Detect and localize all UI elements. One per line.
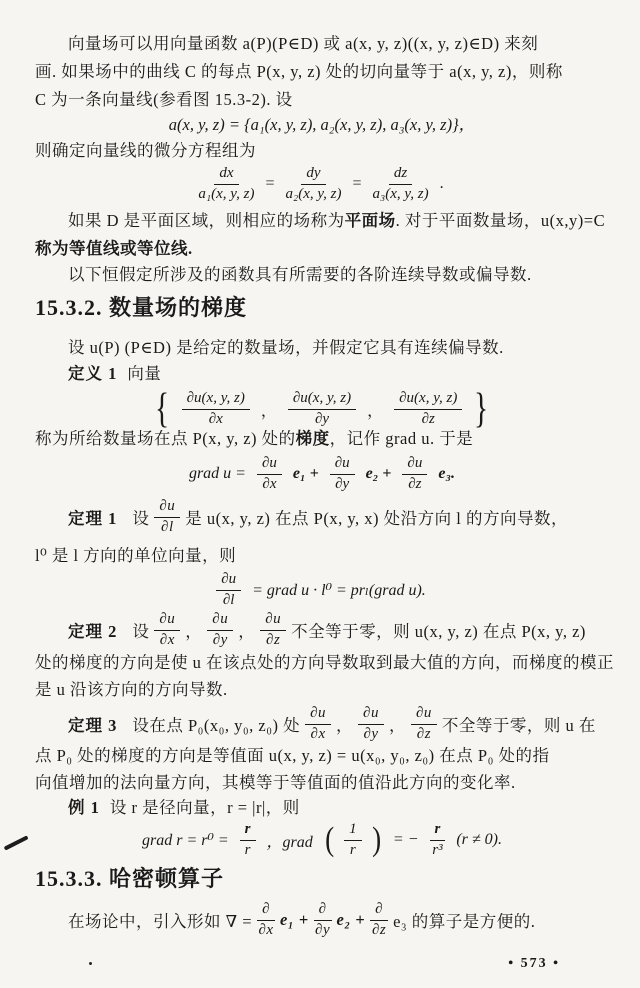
fraction: 1r (344, 821, 362, 859)
denominator: r (350, 841, 356, 859)
denominator: ∂x (209, 410, 223, 428)
numerator: r (240, 821, 256, 840)
theorem-1-line-1: 定理 1 设 ∂u∂l 是 u(x, y, z) 在点 P(x, y, x) 处… (35, 494, 640, 540)
text-run: 称为所给数量场在点 P(x, y, z) 处的 (35, 429, 296, 448)
denominator: ∂x (259, 921, 274, 939)
bold-term-gradient: 梯度 (296, 429, 330, 448)
fraction: dya₂(x, y, z) (285, 165, 341, 203)
numerator: ∂u(x, y, z) (288, 390, 356, 409)
denominator: ∂x (311, 725, 326, 743)
numerator: ∂u (305, 705, 331, 724)
numerator: ∂u (260, 611, 286, 630)
condition: (r ≠ 0). (454, 831, 504, 849)
text-run: ，记作 grad u. 于是 (330, 429, 474, 448)
intro-line-3: C 为一条向量线(参看图 15.3-2). 设 (35, 89, 609, 111)
intro-line-2: 画. 如果场中的曲线 C 的每点 P(x, y, z) 处的切向量等于 a(x,… (35, 61, 609, 83)
hamilton-intro-line: 在场论中，引入形如 ∇ = ∂∂x e₁ + ∂∂y e₂ + ∂∂z e₃ 的… (35, 897, 640, 943)
plane-field-line-1: 如果 D 是平面区域，则相应的场称为平面场. 对于平面数量场，u(x,y)=C (35, 210, 640, 232)
left-brace: { (155, 388, 169, 430)
basis-e2-plus: e₂ + (364, 465, 394, 483)
example-1-line: 例 1设 r 是径向量，r = |r|，则 (35, 797, 640, 819)
fraction: ∂u(x, y, z)∂x (182, 390, 250, 428)
period: . (438, 175, 446, 193)
equation-differential-system: dxa₁(x, y, z) = dya₂(x, y, z) = dza₃(x, … (35, 161, 609, 207)
left-paren: ( (325, 823, 334, 857)
denominator: ∂x (262, 475, 276, 493)
text-run: 设 r 是径向量，r = |r|，则 (110, 798, 300, 817)
text-run: 是 u(x, y, z) 在点 P(x, y, x) 处沿方向 l 的方向导数， (185, 505, 568, 529)
page-number: • 573 • (508, 956, 560, 972)
fraction: ∂u(x, y, z)∂z (394, 390, 462, 428)
denominator: ∂l (223, 591, 235, 609)
fraction: rr (240, 821, 256, 859)
text-run: . 对于平面数量场，u(x,y)=C (396, 211, 605, 230)
fraction: dza₃(x, y, z) (373, 165, 429, 203)
numerator: ∂u (330, 455, 355, 474)
equation-grad-r: grad r = r⁰ = rr ，grad ( 1r ) = − rr³ (r… (35, 818, 609, 862)
denominator: ∂z (422, 410, 435, 428)
numerator: ∂ (370, 901, 388, 920)
fraction: ∂∂x (257, 901, 275, 939)
numerator: ∂u (257, 455, 282, 474)
fraction: ∂u∂x (154, 611, 180, 649)
equation-gradient-set: { ∂u(x, y, z)∂x ， ∂u(x, y, z)∂y ， ∂u(x, … (35, 385, 609, 433)
denominator: a₁(x, y, z) (198, 185, 254, 203)
denominator: r³ (432, 841, 442, 859)
equation-rest: = grad u · l⁰ = prₗ(grad u). (250, 580, 428, 600)
comma: ， (336, 712, 353, 736)
denominator: a₂(x, y, z) (285, 185, 341, 203)
numerator: ∂u (358, 705, 384, 724)
text-run: 设在点 P₀(x₀, y₀, z₀) 处 (132, 712, 300, 736)
numerator: ∂u (154, 498, 180, 517)
fraction: rr³ (430, 821, 446, 859)
theorem-2-line-2: 处的梯度的方向是使 u 在该点处的方向导数取到最大值的方向，而梯度的模正 (35, 652, 609, 674)
plane-field-line-2: 称为等值线或等位线. (35, 238, 609, 260)
fraction: ∂u∂x (305, 705, 331, 743)
text-run: 设 (132, 505, 149, 529)
grad-r-lead: grad r = r⁰ = (140, 830, 231, 850)
bold-term-plane-field: 平面场 (345, 211, 396, 230)
right-paren: ) (372, 823, 381, 857)
numerator: ∂u(x, y, z) (394, 390, 462, 409)
fraction: ∂∂y (314, 901, 332, 939)
denominator: r (245, 841, 251, 859)
ink-speck (89, 962, 92, 965)
numerator: ∂u (402, 455, 427, 474)
fraction: ∂u(x, y, z)∂y (288, 390, 356, 428)
comma: ， (389, 712, 406, 736)
equation-directional-derivative: ∂u∂l = grad u · l⁰ = prₗ(grad u). (35, 568, 609, 612)
denominator: ∂y (315, 921, 330, 939)
numerator: ∂u(x, y, z) (182, 390, 250, 409)
text-run: 向量 (127, 364, 161, 383)
numerator: r (430, 821, 446, 840)
denominator: ∂y (315, 410, 329, 428)
basis-e2-plus: e₂ + (337, 910, 366, 930)
denominator: ∂y (335, 475, 349, 493)
denominator: ∂y (363, 725, 378, 743)
section-heading-hamilton: 15.3.3. 哈密顿算子 (35, 862, 224, 893)
numerator: ∂ (314, 901, 332, 920)
fraction: ∂u∂y (330, 455, 355, 493)
right-brace: } (474, 388, 488, 430)
intro-line-1: 向量场可以用向量函数 a(P)(P∈D) 或 a(x, y, z)((x, y,… (35, 33, 640, 55)
denominator: ∂l (161, 518, 174, 536)
fraction: dxa₁(x, y, z) (198, 165, 254, 203)
theorem-3-line-1: 定理 3 设在点 P₀(x₀, y₀, z₀) 处 ∂u∂x ， ∂u∂y ， … (35, 701, 640, 747)
equation-vector-components: a(x, y, z) = {a₁(x, y, z), a₂(x, y, z), … (35, 113, 609, 137)
denominator: ∂z (408, 475, 421, 493)
denominator: ∂y (213, 631, 228, 649)
fraction: ∂u∂y (358, 705, 384, 743)
fraction: ∂u∂l (216, 571, 241, 609)
numerator: dy (301, 165, 325, 184)
section-heading-gradient: 15.3.2. 数量场的梯度 (35, 291, 247, 322)
fraction: ∂u∂z (260, 611, 286, 649)
fraction: ∂u∂x (257, 455, 282, 493)
comma: ， (238, 618, 255, 642)
equation-grad-u: grad u = ∂u∂x e₁ + ∂u∂y e₂ + ∂u∂z e₃. (35, 452, 609, 496)
grad-r-mid: ，grad (265, 829, 315, 852)
text-run: 设 (132, 618, 149, 642)
definition-1-label: 定义 1 (68, 364, 117, 383)
minus-sign: = − (391, 831, 421, 849)
intro-line-4: 则确定向量线的微分方程组为 (35, 140, 609, 162)
text-run: 不全等于零，则 u 在 (442, 712, 596, 736)
denominator: ∂z (417, 725, 431, 743)
denominator: ∂z (266, 631, 280, 649)
basis-e1-plus: e₁ + (291, 465, 321, 483)
fraction: ∂u∂z (411, 705, 437, 743)
theorem-1-line-2: l⁰ 是 l 方向的单位向量，则 (35, 545, 609, 567)
text-run: 在场论中，引入形如 ∇ = (68, 908, 252, 932)
pen-mark (4, 835, 29, 850)
definition-1-line: 定义 1向量 (35, 363, 640, 385)
basis-e1-plus: e₁ + (280, 910, 309, 930)
example-1-label: 例 1 (68, 798, 100, 817)
denominator: ∂z (372, 921, 386, 939)
fraction: ∂u∂y (207, 611, 233, 649)
scanned-textbook-page: 向量场可以用向量函数 a(P)(P∈D) 或 a(x, y, z)((x, y,… (0, 0, 640, 988)
numerator: ∂u (411, 705, 437, 724)
gradient-intro-line: 设 u(P) (P∈D) 是给定的数量场，并假定它具有连续偏导数. (35, 337, 640, 359)
theorem-2-line-1: 定理 2 设 ∂u∂x ， ∂u∂y ， ∂u∂z 不全等于零，则 u(x, y… (35, 607, 640, 653)
numerator: ∂ (257, 901, 275, 920)
assumption-line: 以下恒假定所涉及的函数具有所需要的各阶连续导数或偏导数. (35, 264, 640, 286)
numerator: dz (389, 165, 412, 184)
numerator: ∂u (207, 611, 233, 630)
gradient-called-line: 称为所给数量场在点 P(x, y, z) 处的梯度，记作 grad u. 于是 (35, 428, 609, 450)
theorem-2-line-3: 是 u 沿该方向的方向导数. (35, 679, 609, 701)
grad-lead: grad u = (187, 465, 248, 483)
fraction: ∂∂z (370, 901, 388, 939)
theorem-2-label: 定理 2 (68, 618, 117, 642)
comma: ， (185, 618, 202, 642)
text-run: e₃ 的算子是方便的. (393, 908, 535, 932)
equals-sign: = (351, 175, 364, 193)
numerator: dx (214, 165, 238, 184)
numerator: ∂u (216, 571, 241, 590)
denominator: ∂x (160, 631, 175, 649)
fraction: ∂u∂z (402, 455, 427, 493)
equals-sign: = (263, 175, 276, 193)
fraction: ∂u∂l (154, 498, 180, 536)
text-run: 如果 D 是平面区域，则相应的场称为 (68, 211, 345, 230)
denominator: a₃(x, y, z) (373, 185, 429, 203)
comma: ， (259, 398, 279, 421)
theorem-3-line-3: 向值增加的法向量方向，其模等于等值面的值沿此方向的变化率. (35, 772, 609, 794)
text-run: 不全等于零，则 u(x, y, z) 在点 P(x, y, z) (291, 618, 586, 642)
theorem-1-label: 定理 1 (68, 505, 117, 529)
basis-e3: e₃. (436, 465, 457, 483)
comma: ， (365, 398, 385, 421)
numerator: 1 (344, 821, 362, 840)
theorem-3-label: 定理 3 (68, 712, 117, 736)
theorem-3-line-2: 点 P₀ 处的梯度的方向是等值面 u(x, y, z) = u(x₀, y₀, … (35, 745, 609, 767)
numerator: ∂u (154, 611, 180, 630)
